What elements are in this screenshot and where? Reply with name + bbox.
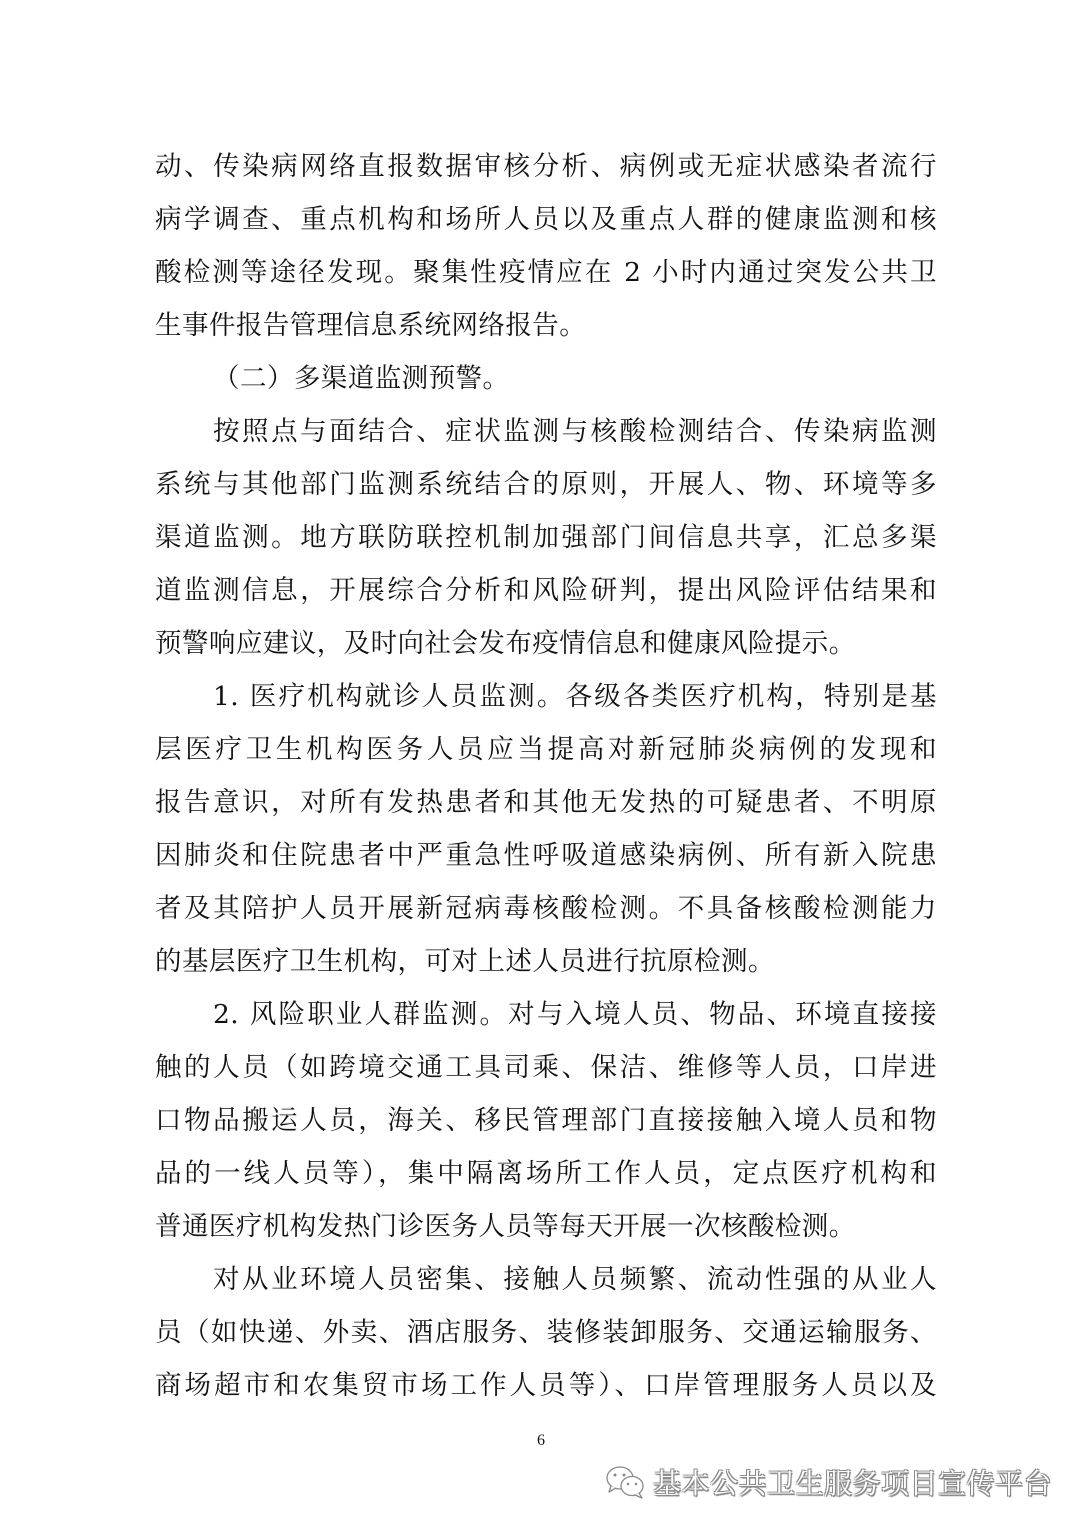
text-line: 预警响应建议，及时向社会发布疫情信息和健康风险提示。 <box>155 617 937 670</box>
text-line: 层医疗卫生机构医务人员应当提高对新冠肺炎病例的发现和 <box>155 723 937 776</box>
text-line: 报告意识，对所有发热患者和其他无发热的可疑患者、不明原 <box>155 776 937 829</box>
text-line: 口物品搬运人员，海关、移民管理部门直接接触入境人员和物 <box>155 1094 937 1147</box>
text-line: 的基层医疗卫生机构，可对上述人员进行抗原检测。 <box>155 935 937 988</box>
text-line: 因肺炎和住院患者中严重急性呼吸道感染病例、所有新入院患 <box>155 829 937 882</box>
text-line: 品的一线人员等），集中隔离场所工作人员，定点医疗机构和 <box>155 1147 937 1200</box>
paragraph-continued: 动、传染病网络直报数据审核分析、病例或无症状感染者流行 病学调查、重点机构和场所… <box>155 140 937 352</box>
text-line: 渠道监测。地方联防联控机制加强部门间信息共享，汇总多渠 <box>155 511 937 564</box>
text-line: 生事件报告管理信息系统网络报告。 <box>155 299 937 352</box>
text-line: 者及其陪护人员开展新冠病毒核酸检测。不具备核酸检测能力 <box>155 882 937 935</box>
section-heading: （二）多渠道监测预警。 <box>155 352 937 405</box>
paragraph-open: 对从业环境人员密集、接触人员频繁、流动性强的从业人 员（如快递、外卖、酒店服务、… <box>155 1253 937 1412</box>
text-line: 道监测信息，开展综合分析和风险研判，提出风险评估结果和 <box>155 564 937 617</box>
watermark: 基本公共卫生服务项目宣传平台 <box>605 1462 1052 1502</box>
document-body: 动、传染病网络直报数据审核分析、病例或无症状感染者流行 病学调查、重点机构和场所… <box>155 140 937 1412</box>
text-line: 商场超市和农集贸市场工作人员等）、口岸管理服务人员以及 <box>155 1359 937 1412</box>
text-line: 酸检测等途径发现。聚集性疫情应在 2 小时内通过突发公共卫 <box>155 246 937 299</box>
text-line: 1. 医疗机构就诊人员监测。各级各类医疗机构，特别是基 <box>155 670 937 723</box>
heading-text: （二）多渠道监测预警。 <box>155 352 937 405</box>
page-number: 6 <box>537 1432 545 1450</box>
paragraph-multichannel-monitoring: 按照点与面结合、症状监测与核酸检测结合、传染病监测 系统与其他部门监测系统结合的… <box>155 405 937 670</box>
text-line: 系统与其他部门监测系统结合的原则，开展人、物、环境等多 <box>155 458 937 511</box>
text-line: 普通医疗机构发热门诊医务人员等每天开展一次核酸检测。 <box>155 1200 937 1253</box>
wechat-icon <box>605 1465 647 1499</box>
paragraph-item-2: 2. 风险职业人群监测。对与入境人员、物品、环境直接接 触的人员（如跨境交通工具… <box>155 988 937 1253</box>
text-line: 员（如快递、外卖、酒店服务、装修装卸服务、交通运输服务、 <box>155 1306 937 1359</box>
text-line: 对从业环境人员密集、接触人员频繁、流动性强的从业人 <box>155 1253 937 1306</box>
text-line: 动、传染病网络直报数据审核分析、病例或无症状感染者流行 <box>155 140 937 193</box>
text-line: 2. 风险职业人群监测。对与入境人员、物品、环境直接接 <box>155 988 937 1041</box>
paragraph-item-1: 1. 医疗机构就诊人员监测。各级各类医疗机构，特别是基 层医疗卫生机构医务人员应… <box>155 670 937 988</box>
watermark-text: 基本公共卫生服务项目宣传平台 <box>653 1462 1052 1502</box>
text-line: 按照点与面结合、症状监测与核酸检测结合、传染病监测 <box>155 405 937 458</box>
text-line: 触的人员（如跨境交通工具司乘、保洁、维修等人员，口岸进 <box>155 1041 937 1094</box>
text-line: 病学调查、重点机构和场所人员以及重点人群的健康监测和核 <box>155 193 937 246</box>
